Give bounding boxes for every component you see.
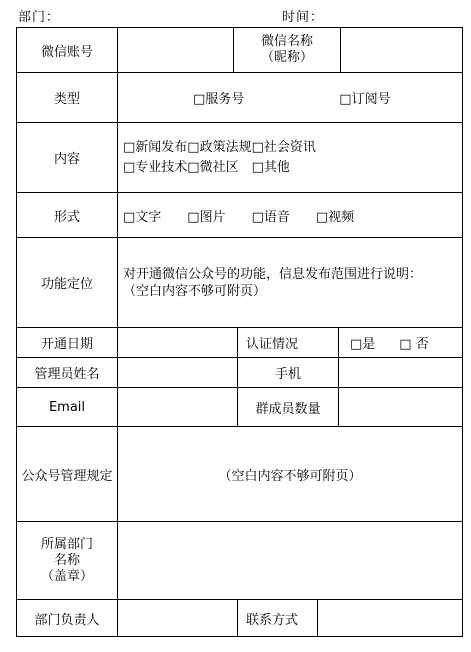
- image-checkbox[interactable]: □图片: [187, 206, 225, 225]
- table-row: 开通日期 认证情况 □是 □ 否: [17, 328, 462, 358]
- video-checkbox[interactable]: □视频: [316, 206, 354, 225]
- text-checkbox[interactable]: □文字: [123, 206, 161, 225]
- account-rules-input[interactable]: （空白内容不够可附页）: [118, 427, 462, 521]
- table-row: 形式 □文字 □图片 □语音 □视频: [17, 193, 462, 238]
- subscription-account-checkbox[interactable]: □订阅号: [339, 88, 390, 107]
- open-date-label: 开通日期: [17, 328, 118, 357]
- department-name-label: 所属部门 名称 （盖章）: [17, 522, 118, 599]
- certification-options: □是 □ 否: [339, 328, 462, 357]
- wechat-account-label: 微信账号: [17, 28, 118, 72]
- group-members-label: 群成员数量: [238, 388, 339, 426]
- wechat-name-input[interactable]: [341, 28, 462, 72]
- table-row: 微信账号 微信名称 （昵称）: [17, 28, 462, 73]
- email-input[interactable]: [118, 388, 238, 426]
- type-label: 类型: [17, 73, 118, 122]
- contact-label: 联系方式: [238, 600, 318, 636]
- account-rules-label: 公众号管理规定: [17, 427, 118, 521]
- department-head-input[interactable]: [118, 600, 238, 636]
- function-positioning-note-line1: 对开通微信公众号的功能，信息发布范围进行说明：: [123, 266, 422, 283]
- form-page: 部门： 时间： 微信账号 微信名称 （昵称） 类型 □服务号 □订阅号 内容 □…: [0, 0, 471, 652]
- content-checkbox-line1[interactable]: □新闻发布□政策法规□社会资讯: [123, 138, 316, 158]
- voice-checkbox[interactable]: □语音: [252, 206, 290, 225]
- department-label: 部门：: [18, 6, 60, 25]
- table-row: 管理员姓名 手机: [17, 358, 462, 388]
- function-positioning-note-line2: （空白内容不够可附页）: [123, 283, 266, 300]
- service-account-checkbox[interactable]: □服务号: [193, 88, 244, 107]
- registration-form-table: 微信账号 微信名称 （昵称） 类型 □服务号 □订阅号 内容 □新闻发布□政策法…: [16, 27, 463, 637]
- wechat-account-input[interactable]: [118, 28, 234, 72]
- content-options: □新闻发布□政策法规□社会资讯 □专业技术□微社区 □其他: [118, 123, 462, 192]
- table-row: 类型 □服务号 □订阅号: [17, 73, 462, 123]
- mobile-label: 手机: [238, 358, 339, 387]
- wechat-name-label: 微信名称 （昵称）: [234, 28, 341, 72]
- certified-yes-checkbox[interactable]: □是: [350, 333, 375, 352]
- department-head-label: 部门负责人: [17, 600, 118, 636]
- email-label: Email: [17, 388, 118, 426]
- certified-no-checkbox[interactable]: □ 否: [399, 333, 428, 352]
- table-row: 内容 □新闻发布□政策法规□社会资讯 □专业技术□微社区 □其他: [17, 123, 462, 193]
- function-positioning-input[interactable]: 对开通微信公众号的功能，信息发布范围进行说明： （空白内容不够可附页）: [118, 238, 462, 327]
- mobile-input[interactable]: [339, 358, 462, 387]
- certification-label: 认证情况: [238, 328, 339, 357]
- admin-name-label: 管理员姓名: [17, 358, 118, 387]
- format-label: 形式: [17, 193, 118, 237]
- department-name-input[interactable]: [118, 522, 462, 599]
- format-options: □文字 □图片 □语音 □视频: [118, 193, 462, 237]
- function-positioning-label: 功能定位: [17, 238, 118, 327]
- content-checkbox-line2[interactable]: □专业技术□微社区 □其他: [123, 158, 290, 178]
- open-date-input[interactable]: [118, 328, 238, 357]
- table-row: 部门负责人 联系方式: [17, 600, 462, 636]
- account-rules-note: （空白内容不够可附页）: [218, 465, 361, 484]
- contact-input[interactable]: [318, 600, 462, 636]
- table-row: Email 群成员数量: [17, 388, 462, 427]
- table-row: 公众号管理规定 （空白内容不够可附页）: [17, 427, 462, 522]
- group-members-input[interactable]: [339, 388, 462, 426]
- time-label: 时间：: [282, 6, 324, 25]
- content-label: 内容: [17, 123, 118, 192]
- admin-name-input[interactable]: [118, 358, 238, 387]
- table-row: 所属部门 名称 （盖章）: [17, 522, 462, 600]
- table-row: 功能定位 对开通微信公众号的功能，信息发布范围进行说明： （空白内容不够可附页）: [17, 238, 462, 328]
- type-options: □服务号 □订阅号: [118, 73, 462, 122]
